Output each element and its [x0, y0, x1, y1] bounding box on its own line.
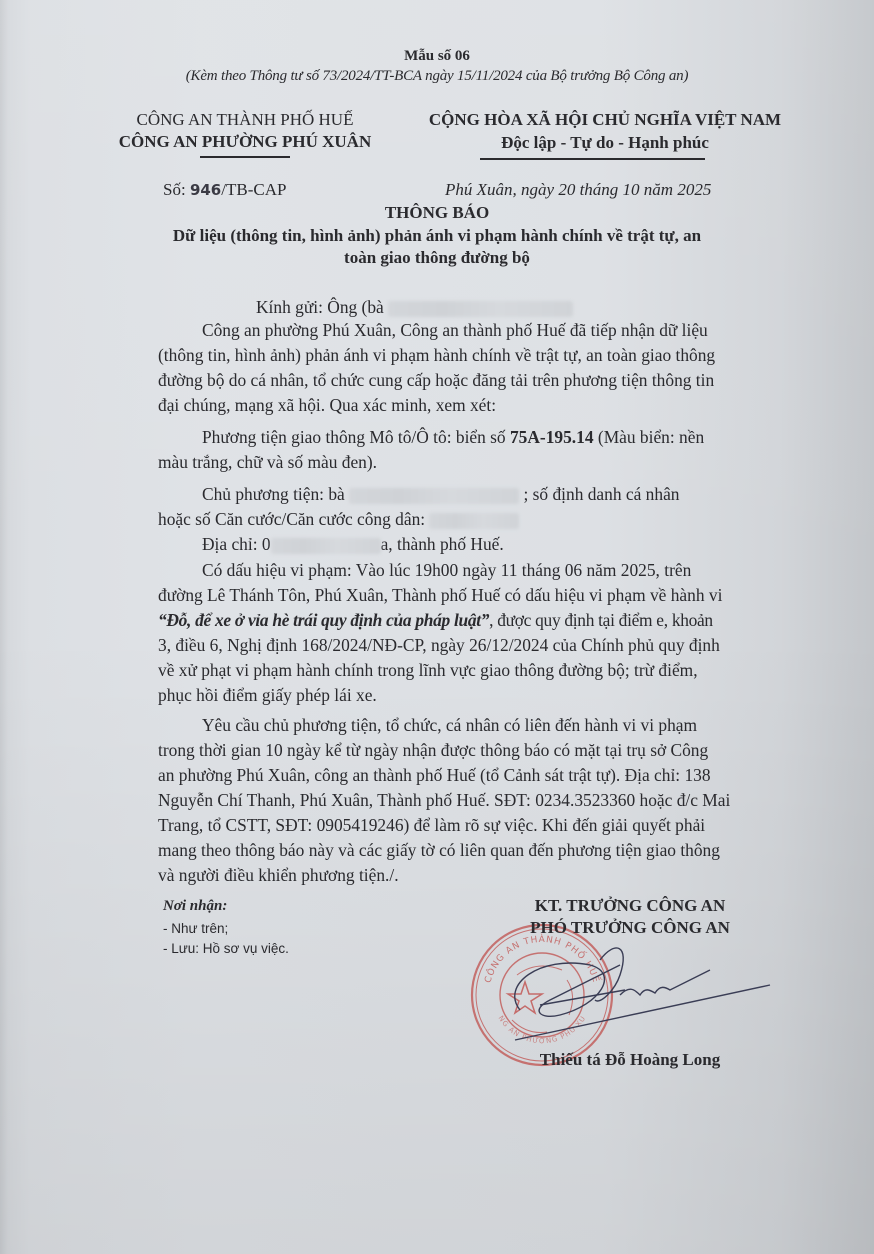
request-line: mang theo thông báo này và các giấy tờ c… — [158, 840, 720, 861]
address-line: Địa chỉ: 0a, thành phố Huế. — [202, 534, 504, 555]
recipient-item: - Như trên; — [163, 921, 228, 936]
signature-title-line2: PHÓ TRƯỞNG CÔNG AN — [475, 918, 785, 938]
violation-line: Có dấu hiệu vi phạm: Vào lúc 19h00 ngày … — [202, 560, 691, 581]
form-reference: (Kèm theo Thông tư số 73/2024/TT-BCA ngà… — [0, 68, 874, 85]
salutation-text: Kính gửi: Ông (bà — [256, 297, 384, 317]
document-page: Mẫu số 06 (Kèm theo Thông tư số 73/2024/… — [0, 0, 874, 1254]
redacted-owner-name — [349, 488, 519, 504]
intro-line: Công an phường Phú Xuân, Công an thành p… — [202, 320, 708, 341]
address-prefix: Địa chỉ: 0 — [202, 534, 271, 554]
violation-line: về xử phạt vi phạm hành chính trong lĩnh… — [158, 660, 698, 681]
redacted-address — [271, 538, 381, 554]
intro-line: đại chúng, mạng xã hội. Qua xác minh, xe… — [158, 395, 496, 416]
address-suffix: a, thành phố Huế. — [381, 534, 504, 554]
document-subtitle-line1: Dữ liệu (thông tin, hình ảnh) phản ánh v… — [0, 226, 874, 246]
agency-name: CÔNG AN PHƯỜNG PHÚ XUÂN — [90, 132, 400, 152]
request-line: và người điều khiển phương tiện./. — [158, 865, 399, 886]
salutation: Kính gửi: Ông (bà — [256, 297, 573, 318]
request-line: Trang, tổ CSTT, SĐT: 0905419246) để làm … — [158, 815, 705, 836]
recipient-item: - Lưu: Hồ sơ vụ việc. — [163, 941, 289, 956]
signature — [480, 935, 780, 1045]
intro-line: (thông tin, hình ảnh) phản ánh vi phạm h… — [158, 345, 715, 366]
intro-line: đường bộ do cá nhân, tổ chức cung cấp ho… — [158, 370, 714, 391]
redacted-id-number — [429, 513, 519, 529]
nation-title: CỘNG HÒA XÃ HỘI CHỦ NGHĨA VIỆT NAM — [405, 110, 805, 130]
violation-behavior-suffix: , được quy định tại điểm e, khoản — [489, 610, 713, 630]
agency-divider — [200, 156, 290, 158]
violation-line: phục hồi điểm giấy phép lái xe. — [158, 685, 377, 706]
doc-number-label: Số: — [163, 180, 190, 199]
doc-number-suffix: /TB-CAP — [221, 180, 286, 199]
violation-behavior-line: “Đỗ, để xe ở vỉa hè trái quy định của ph… — [158, 610, 713, 631]
request-line: an phường Phú Xuân, công an thành phố Hu… — [158, 765, 711, 786]
request-line: Nguyễn Chí Thanh, Phú Xuân, Thành phố Hu… — [158, 790, 730, 811]
plate-number: 75A-195.14 — [510, 427, 594, 447]
redacted-recipient-name — [388, 301, 573, 317]
violation-line: 3, điều 6, Nghị định 168/2024/NĐ-CP, ngà… — [158, 635, 720, 656]
owner-suffix: ; số định danh cá nhân — [523, 484, 679, 504]
signer-name: Thiếu tá Đỗ Hoàng Long — [475, 1050, 785, 1070]
document-subtitle-line2: toàn giao thông đường bộ — [0, 248, 874, 268]
request-line: Yêu cầu chủ phương tiện, tổ chức, cá nhâ… — [202, 715, 697, 736]
place-date: Phú Xuân, ngày 20 tháng 10 năm 2025 — [445, 180, 711, 200]
nation-motto: Độc lập - Tự do - Hạnh phúc — [405, 133, 805, 153]
vehicle-suffix: (Màu biển: nền — [594, 427, 705, 447]
vehicle-line: Phương tiện giao thông Mô tô/Ô tô: biển … — [202, 427, 704, 448]
vehicle-line2: màu trắng, chữ và số màu đen). — [158, 452, 377, 473]
id-label: hoặc số Căn cước/Căn cước công dân: — [158, 509, 425, 529]
recipients-title: Nơi nhận: — [163, 898, 227, 915]
owner-prefix: Chủ phương tiện: bà — [202, 484, 345, 504]
violation-behavior: “Đỗ, để xe ở vỉa hè trái quy định của ph… — [158, 610, 489, 630]
document-title: THÔNG BÁO — [0, 203, 874, 223]
vehicle-prefix: Phương tiện giao thông Mô tô/Ô tô: biển … — [202, 427, 510, 447]
form-number: Mẫu số 06 — [0, 48, 874, 65]
motto-divider — [480, 158, 705, 160]
signature-title-line1: KT. TRƯỞNG CÔNG AN — [475, 896, 785, 916]
agency-parent: CÔNG AN THÀNH PHỐ HUẾ — [90, 110, 400, 130]
request-line: trong thời gian 10 ngày kể từ ngày nhận … — [158, 740, 708, 761]
document-number: Số: 946/TB-CAP — [163, 180, 286, 200]
id-line: hoặc số Căn cước/Căn cước công dân: — [158, 509, 519, 530]
violation-line: đường Lê Thánh Tôn, Phú Xuân, Thành phố … — [158, 585, 722, 606]
doc-number-handwritten: 946 — [190, 181, 221, 199]
owner-line: Chủ phương tiện: bà ; số định danh cá nh… — [202, 484, 679, 505]
